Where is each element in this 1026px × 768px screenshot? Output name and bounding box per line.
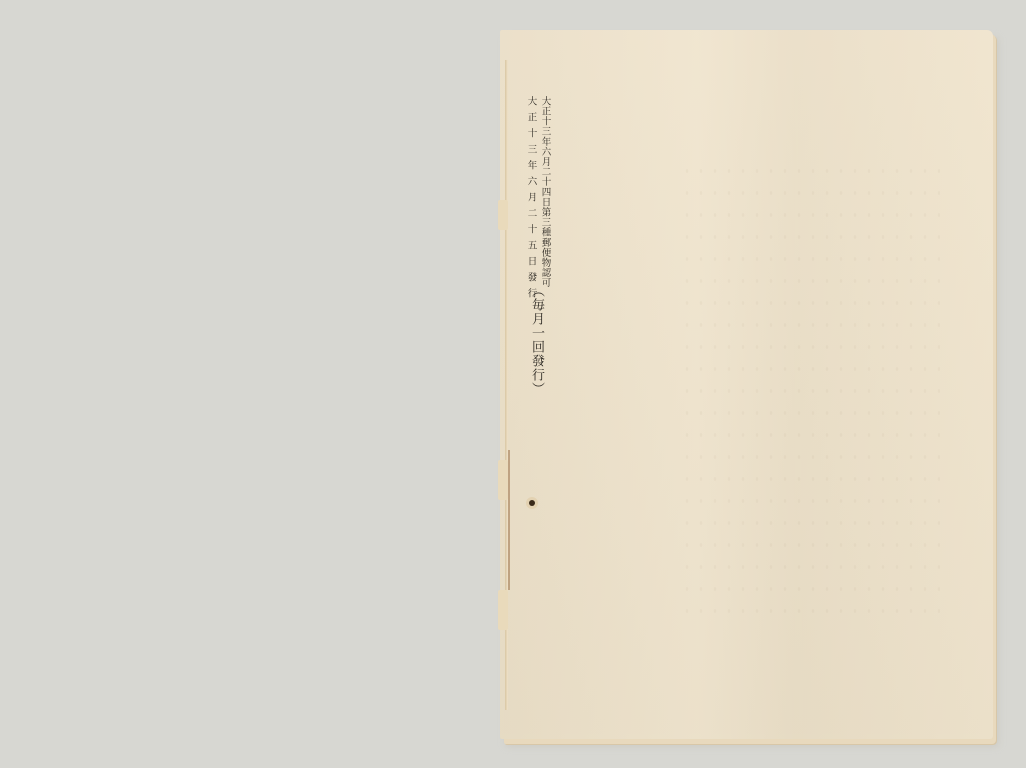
- issue-date-text: 大正十三年六月二十五日發行: [526, 96, 536, 304]
- torn-edge-fragment: [498, 460, 508, 500]
- torn-edge-fragment: [498, 590, 508, 630]
- postal-registration-text: 大正十三年六月二十四日第三種郵便物認可: [540, 96, 550, 288]
- publication-frequency-text: （毎月一回發行）: [530, 284, 543, 396]
- binding-hole: [529, 500, 535, 506]
- torn-edge-fragment: [498, 200, 508, 230]
- spine-crease: [508, 450, 510, 590]
- show-through-text: [680, 160, 940, 620]
